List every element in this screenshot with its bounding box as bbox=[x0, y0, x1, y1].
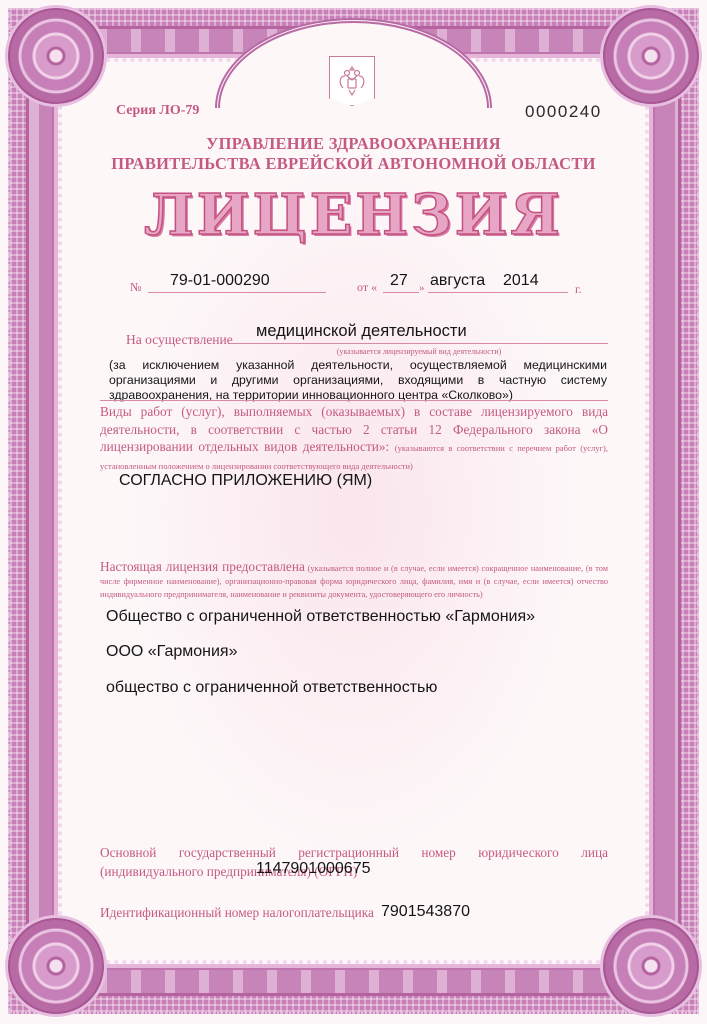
number-underline bbox=[148, 292, 326, 293]
authority-line-2: ПРАВИТЕЛЬСТВА ЕВРЕЙСКОЙ АВТОНОМНОЙ ОБЛАС… bbox=[100, 154, 607, 174]
works-value: СОГЛАСНО ПРИЛОЖЕНИЮ (ЯМ) bbox=[119, 472, 372, 490]
holder-section-label: Настоящая лицензия предоставлена (указыв… bbox=[100, 560, 608, 601]
exception-underline bbox=[100, 400, 608, 401]
day-underline bbox=[383, 292, 419, 293]
date-from-label: от « bbox=[357, 280, 377, 295]
works-section-label: Виды работ (услуг), выполняемых (оказыва… bbox=[100, 403, 608, 473]
rosette-ornament-icon bbox=[603, 918, 699, 1014]
month-underline bbox=[428, 292, 568, 293]
ogrn-value: 1147901000675 bbox=[256, 860, 371, 878]
inn-value: 7901543870 bbox=[381, 903, 470, 921]
series-label: Серия ЛО-79 bbox=[116, 103, 199, 119]
activity-exception: (за исключением указанной деятельности, … bbox=[109, 358, 607, 403]
serial-number: 0000240 bbox=[525, 102, 602, 122]
inn-label: Идентификационный номер налогоплательщик… bbox=[100, 905, 374, 921]
holder-short-name: ООО «Гармония» bbox=[106, 643, 237, 661]
quote-close: » bbox=[419, 282, 425, 294]
holder-full-name: Общество с ограниченной ответственностью… bbox=[106, 608, 535, 626]
rosette-ornament-icon bbox=[8, 8, 104, 104]
number-label: № bbox=[130, 280, 141, 295]
year-suffix: г. bbox=[575, 282, 582, 297]
licensed-activity: медицинской деятельности bbox=[256, 322, 467, 341]
document-title: ЛИЦЕНЗИЯ bbox=[100, 182, 607, 248]
date-year: 2014 bbox=[503, 272, 539, 290]
issuing-authority: УПРАВЛЕНИЕ ЗДРАВООХРАНЕНИЯ ПРАВИТЕЛЬСТВА… bbox=[100, 134, 607, 174]
date-day: 27 bbox=[390, 272, 408, 290]
double-headed-eagle-icon bbox=[337, 64, 367, 98]
rosette-ornament-icon bbox=[603, 8, 699, 104]
activity-underline bbox=[230, 343, 608, 344]
authority-line-1: УПРАВЛЕНИЕ ЗДРАВООХРАНЕНИЯ bbox=[100, 134, 607, 154]
activity-hint: (указывается лицензируемый вид деятельно… bbox=[230, 347, 608, 356]
coat-of-arms-icon bbox=[329, 56, 375, 106]
activity-label: На осуществление bbox=[126, 332, 233, 348]
license-number: 79-01-000290 bbox=[170, 272, 270, 290]
holder-legal-form: общество с ограниченной ответственностью bbox=[106, 679, 437, 697]
date-month: августа bbox=[430, 272, 485, 290]
holder-label: Настоящая лицензия предоставлена bbox=[100, 559, 305, 574]
rosette-ornament-icon bbox=[8, 918, 104, 1014]
